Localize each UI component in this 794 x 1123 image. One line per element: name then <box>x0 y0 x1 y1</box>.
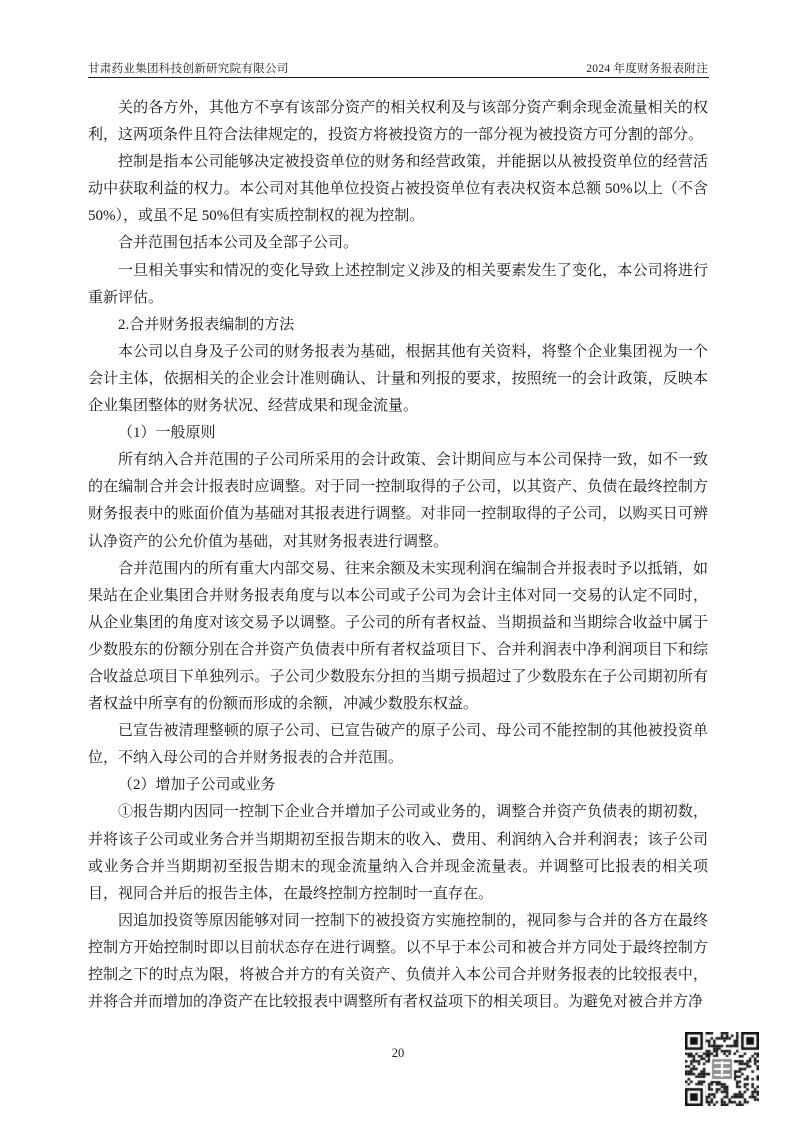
paragraph: 合并范围包括本公司及全部子公司。 <box>88 230 708 257</box>
page-header: 甘肃药业集团科技创新研究院有限公司 2024 年度财务报表附注 <box>88 60 708 76</box>
page-number: 20 <box>88 1046 708 1061</box>
paragraph: （2）增加子公司或业务 <box>88 772 708 799</box>
document-page: 甘肃药业集团科技创新研究院有限公司 2024 年度财务报表附注 关的各方外，其他… <box>0 0 794 1123</box>
header-divider <box>88 77 709 78</box>
paragraph: 关的各方外，其他方不享有该部分资产的相关权利及与该部分资产剩余现金流量相关的权利… <box>88 95 708 149</box>
qr-code <box>685 1032 759 1106</box>
header-company-name: 甘肃药业集团科技创新研究院有限公司 <box>88 60 289 76</box>
paragraph: 所有纳入合并范围的子公司所采用的会计政策、会计期间应与本公司保持一致，如不一致的… <box>88 447 708 555</box>
paragraph: 本公司以自身及子公司的财务报表为基础，根据其他有关资料，将整个企业集团视为一个会… <box>88 339 708 420</box>
paragraph: 合并范围内的所有重大内部交易、往来余额及未实现利润在编制合并报表时予以抵销，如果… <box>88 556 708 719</box>
paragraph: 控制是指本公司能够决定被投资单位的财务和经营政策，并能据以从被投资单位的经营活动… <box>88 149 708 230</box>
header-doc-title: 2024 年度财务报表附注 <box>586 60 708 76</box>
paragraph: 已宣告被清理整顿的原子公司、已宣告破产的原子公司、母公司不能控制的其他被投资单位… <box>88 718 708 772</box>
paragraph: 2.合并财务报表编制的方法 <box>88 312 708 339</box>
paragraph: 因追加投资等原因能够对同一控制下的被投资方实施控制的，视同参与合并的各方在最终控… <box>88 908 708 1016</box>
paragraph: （1）一般原则 <box>88 420 708 447</box>
paragraph: 一旦相关事实和情况的变化导致上述控制定义涉及的相关要素发生了变化，本公司将进行重… <box>88 258 708 312</box>
body-text: 关的各方外，其他方不享有该部分资产的相关权利及与该部分资产剩余现金流量相关的权利… <box>88 95 708 1016</box>
paragraph: ①报告期内因同一控制下企业合并增加子公司或业务的，调整合并资产负债表的期初数，并… <box>88 799 708 907</box>
